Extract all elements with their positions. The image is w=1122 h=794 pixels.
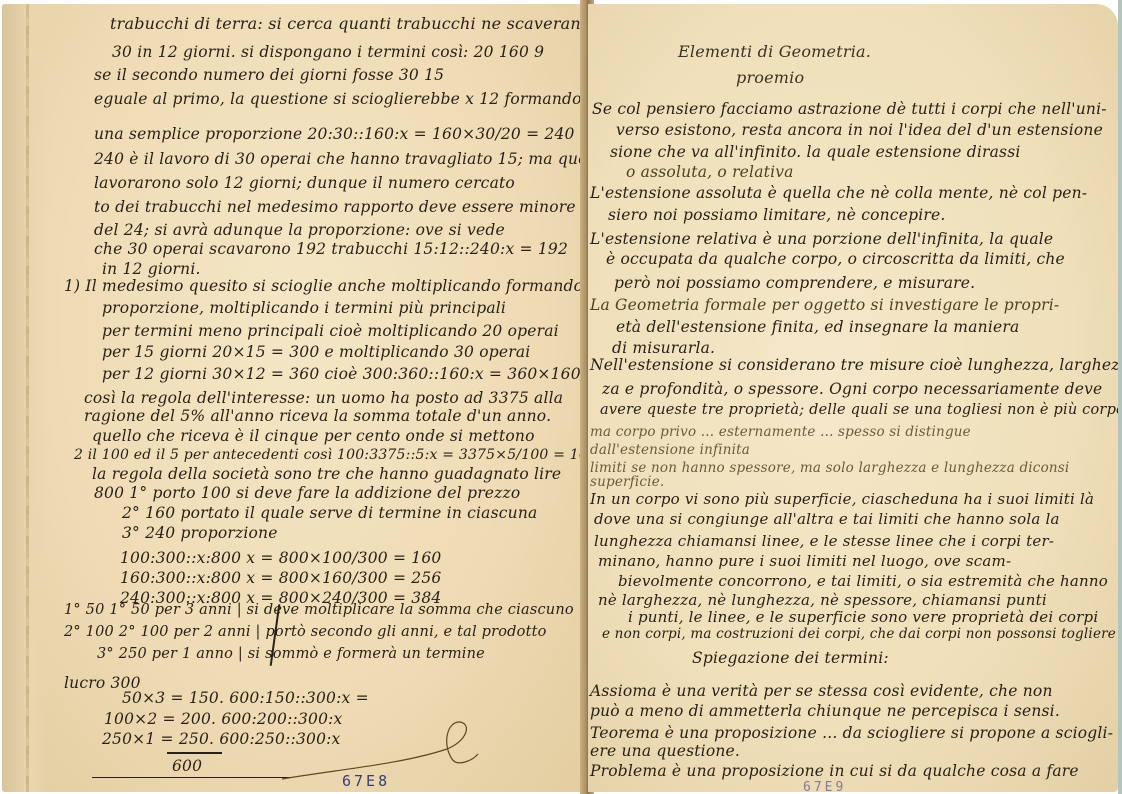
manuscript-line: 3° 250 per 1 anno | si sommò e formerà u…: [97, 646, 485, 662]
manuscript-line: 2° 100 2° 100 per 2 anni | portò secondo…: [64, 624, 547, 640]
manuscript-line: però noi possiamo comprendere, e misurar…: [614, 274, 975, 292]
manuscript-line: sione che va all'infinito. la quale este…: [610, 143, 1021, 161]
manuscript-line: per 12 giorni 30×12 = 360 cioè 300:360::…: [102, 365, 586, 383]
manuscript-line: per 15 giorni 20×15 = 300 e moltiplicand…: [102, 343, 530, 361]
manuscript-line: Assioma è una verità per se stessa così …: [590, 682, 1053, 700]
manuscript-line: bievolmente concorrono, e tai limiti, o …: [618, 572, 1108, 590]
manuscript-line: dove una si congiunge all'altra e tai li…: [594, 510, 1060, 528]
manuscript-line: 2° 160 portato il quale serve di termine…: [122, 504, 537, 522]
manuscript-line: 50×3 = 150. 600:150::300:x =: [122, 689, 369, 707]
sum-underline: [167, 752, 222, 754]
manuscript-line: che 30 operai scavarono 192 trabucchi 15…: [94, 240, 568, 258]
manuscript-line: minano, hanno pure i suoi limiti nel luo…: [598, 552, 1011, 570]
left-page: trabucchi di terra: si cerca quanti trab…: [2, 4, 586, 792]
manuscript-line: eguale al primo, la questione si sciogli…: [94, 90, 586, 108]
manuscript-line: 160:300::x:800 x = 800×160/300 = 256: [120, 569, 441, 587]
manuscript-line: Nell'estensione si considerano tre misur…: [590, 356, 1118, 374]
manuscript-line: può a meno di ammetterla chiunque ne per…: [590, 702, 1060, 720]
manuscript-line: La Geometria formale per oggetto si inve…: [590, 296, 1059, 314]
manuscript-line: per termini meno principali cioè moltipl…: [102, 322, 559, 340]
manuscript-line: Teorema è una proposizione ... da sciogl…: [590, 724, 1113, 742]
manuscript-line: L'estensione relativa è una porzione del…: [590, 230, 1053, 248]
manuscript-line: superficie.: [590, 474, 664, 490]
manuscript-line: to dei trabucchi nel medesimo rapporto d…: [94, 198, 576, 216]
manuscript-line: così la regola dell'interesse: un uomo h…: [84, 389, 563, 407]
manuscript-line: 3° 240 proporzione: [122, 524, 278, 542]
right-page: Elementi di Geometria. proemio Se col pe…: [588, 4, 1118, 792]
manuscript-line: proporzione, moltiplicando i termini più…: [102, 299, 506, 317]
manuscript-line: 2 il 100 ed il 5 per antecedenti così 10…: [74, 447, 586, 463]
manuscript-line: ragione del 5% all'anno riceva la somma …: [84, 407, 551, 425]
manuscript-line: la regola della società sono tre che han…: [92, 465, 561, 483]
manuscript-line: 1) Il medesimo quesito si scioglie anche…: [64, 277, 586, 295]
manuscript-line: Se col pensiero facciamo astrazione dè t…: [592, 100, 1107, 118]
manuscript-line: 800 1° porto 100 si deve fare la addizio…: [94, 484, 520, 502]
archive-stamp: 67E9: [803, 780, 846, 792]
archive-stamp: 67E8: [342, 772, 390, 790]
manuscript-line: za e profondità, o spessore. Ogni corpo …: [602, 380, 1102, 398]
scan-edge: [1118, 0, 1122, 794]
manuscript-line: nè larghezza, nè lunghezza, nè spessore,…: [598, 591, 1047, 609]
manuscript-line: trabucchi di terra: si cerca quanti trab…: [110, 14, 586, 33]
manuscript-line: del 24; si avrà adunque la proporzione: …: [94, 221, 505, 239]
manuscript-line: lunghezza chiamansi linee, e le stesse l…: [594, 532, 1054, 550]
manuscript-line: quello che riceva è il cinque per cento …: [92, 427, 535, 445]
section-title: Elementi di Geometria.: [678, 42, 871, 61]
manuscript-line: se il secondo numero dei giorni fosse 30…: [94, 66, 444, 84]
manuscript-line: o assoluta, o relativa: [626, 163, 794, 181]
manuscript-spread: trabucchi di terra: si cerca quanti trab…: [0, 0, 1122, 794]
manuscript-line: una semplice proporzione 20:30::160:x = …: [94, 125, 575, 143]
section-heading: Spiegazione dei termini:: [692, 649, 889, 667]
manuscript-line: in 12 giorni.: [102, 260, 201, 278]
manuscript-line: 30 in 12 giorni. si dispongano i termini…: [112, 43, 544, 61]
section-subtitle: proemio: [736, 68, 804, 87]
manuscript-line: verso esistono, resta ancora in noi l'id…: [616, 121, 1103, 139]
manuscript-line: ere una questione.: [590, 742, 740, 760]
manuscript-line: Problema è una proposizione in cui si da…: [590, 762, 1079, 780]
manuscript-line: e non corpi, ma costruzioni dei corpi, c…: [602, 626, 1116, 642]
manuscript-line: di misurarla.: [612, 339, 715, 357]
manuscript-line: avere queste tre proprietà; delle quali …: [600, 402, 1118, 418]
manuscript-line: 1° 50 1° 50 per 3 anni | si deve moltipl…: [64, 602, 574, 618]
manuscript-line: L'estensione assoluta è quella che nè co…: [590, 184, 1087, 202]
manuscript-line: i punti, le linee, e le superficie sono …: [628, 608, 1098, 626]
manuscript-line: In un corpo vi sono più superficie, cias…: [590, 490, 1094, 508]
manuscript-line: 100:300::x:800 x = 800×100/300 = 160: [120, 549, 441, 567]
manuscript-line: dall'estensione infinita: [590, 442, 750, 458]
manuscript-line: siero noi possiamo limitare, nè concepir…: [608, 206, 945, 224]
closing-rule: [92, 777, 292, 778]
manuscript-line: 240 è il lavoro di 30 operai che hanno t…: [94, 150, 586, 168]
page-tear-line: [26, 4, 29, 792]
manuscript-line: ma corpo privo ... esternamente ... spes…: [590, 424, 971, 440]
manuscript-line: età dell'estensione finita, ed insegnare…: [616, 318, 1019, 336]
manuscript-line: lavorarono solo 12 giorni; dunque il num…: [94, 174, 515, 192]
manuscript-line: è occupata da qualche corpo, o circoscri…: [606, 250, 1065, 268]
manuscript-line: 600: [172, 757, 202, 775]
